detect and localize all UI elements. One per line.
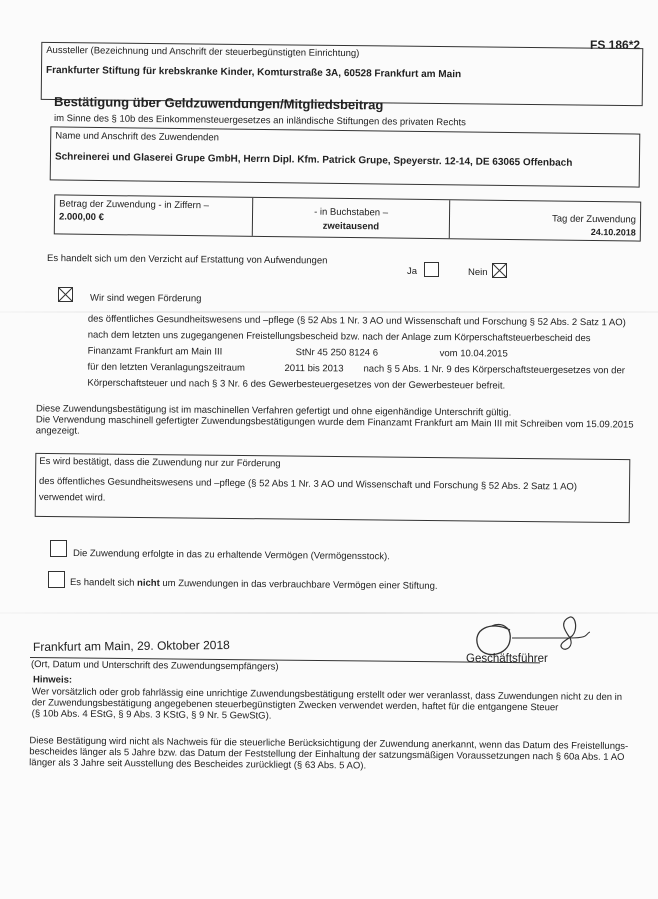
issuer-value: Frankfurter Stiftung für krebskranke Kin… bbox=[46, 65, 461, 80]
endowment-capital-text: Die Zuwendung erfolgte in das zu erhalte… bbox=[73, 548, 390, 562]
page-subtitle: im Sinne des § 10b des Einkommensteuerge… bbox=[54, 113, 466, 128]
exemption-checkbox[interactable] bbox=[58, 287, 73, 302]
page-title: Bestätigung über Geldzuwendungen/Mitglie… bbox=[54, 94, 383, 112]
not-consumable-assets-text: Es handelt sich nicht um Zuwendungen in … bbox=[70, 577, 438, 592]
waiver-yes-checkbox[interactable] bbox=[424, 262, 439, 277]
tax-number: StNr 45 250 8124 6 bbox=[296, 347, 378, 359]
assessment-period: 2011 bis 2013 bbox=[284, 363, 343, 374]
donation-date-value: 24.10.2018 bbox=[591, 227, 636, 238]
not-consumable-assets-checkbox[interactable] bbox=[48, 571, 65, 588]
notice-heading: Hinweis: bbox=[33, 674, 72, 685]
amount-words-value: zweitausend bbox=[253, 220, 449, 233]
tax-office: Finanzamt Frankfurt am Main III bbox=[88, 346, 223, 358]
waiver-no-checkbox[interactable] bbox=[492, 263, 507, 278]
waiver-no-label: Nein bbox=[468, 267, 488, 278]
donor-value: Schreinerei und Glaserei Grupe GmbH, Her… bbox=[55, 151, 573, 168]
place-date: Frankfurt am Main, 29. Oktober 2018 bbox=[33, 638, 230, 654]
waiver-yes-label: Ja bbox=[407, 266, 417, 277]
paper-fold-line bbox=[0, 311, 658, 313]
amount-words-label: - in Buchstaben – bbox=[253, 206, 449, 219]
signer-role: Geschäftsführer bbox=[466, 653, 548, 665]
exemption-date: vom 10.04.2015 bbox=[440, 348, 508, 359]
check-x-icon bbox=[493, 264, 506, 277]
issuer-label: Aussteller (Bezeichnung und Anschrift de… bbox=[46, 45, 359, 59]
donation-receipt-page: FS 186*2 Aussteller (Bezeichnung und Ans… bbox=[0, 0, 658, 899]
check-x-icon bbox=[59, 288, 72, 301]
signature-caption: (Ort, Datum und Unterschrift des Zuwendu… bbox=[31, 659, 279, 673]
donor-label: Name und Anschrift des Zuwendenden bbox=[55, 130, 219, 143]
amount-table: Betrag der Zuwendung - in Ziffern – 2.00… bbox=[54, 194, 641, 241]
donation-date-label: Tag der Zuwendung bbox=[552, 213, 636, 225]
amount-digits-label: Betrag der Zuwendung - in Ziffern – bbox=[59, 198, 209, 211]
donor-box: Name und Anschrift des Zuwendenden Schre… bbox=[50, 126, 641, 187]
amount-digits-value: 2.000,00 € bbox=[59, 211, 104, 223]
waiver-question: Es handelt sich um den Verzicht auf Erst… bbox=[47, 253, 328, 266]
usage-confirmation-box: Es wird bestätigt, dass die Zuwendung nu… bbox=[35, 453, 631, 523]
endowment-capital-checkbox[interactable] bbox=[50, 540, 67, 557]
